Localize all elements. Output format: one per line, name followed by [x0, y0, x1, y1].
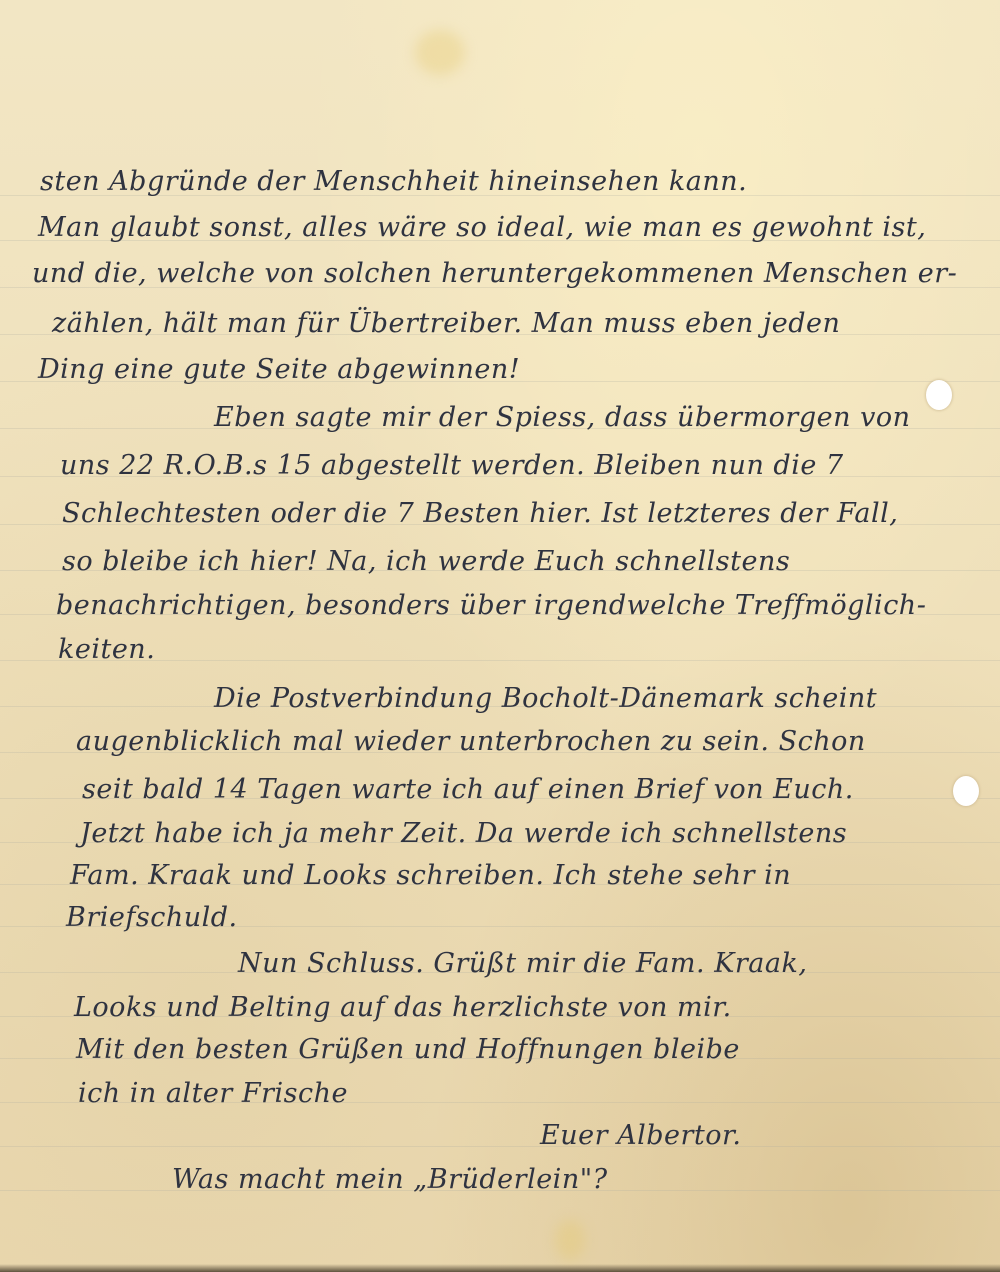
letter-line: so bleibe ich hier! Na, ich werde Euch s…: [62, 548, 790, 575]
ruled-line: [0, 1146, 1000, 1147]
letter-line: Ding eine gute Seite abgewinnen!: [38, 356, 520, 383]
letter-line: und die, welche von solchen heruntergeko…: [32, 260, 957, 287]
punch-hole: [926, 380, 952, 410]
letter-line: uns 22 R.O.B.s 15 abgestellt werden. Ble…: [60, 452, 844, 479]
letter-line: sten Abgründe der Menschheit hineinsehen…: [40, 168, 747, 195]
letter-line: zählen, hält man für Übertreiber. Man mu…: [52, 310, 840, 337]
letter-line: Fam. Kraak und Looks schreiben. Ich steh…: [70, 862, 791, 889]
letter-line: augenblicklich mal wieder unterbrochen z…: [76, 728, 866, 755]
letter-line: Nun Schluss. Grüßt mir die Fam. Kraak,: [238, 950, 807, 977]
letter-line: Eben sagte mir der Spiess, dass übermorg…: [214, 404, 910, 431]
letter-line: Schlechtesten oder die 7 Besten hier. Is…: [62, 500, 898, 527]
letter-line: Die Postverbindung Bocholt-Dänemark sche…: [214, 685, 877, 712]
paper-stain: [555, 1220, 585, 1260]
signature: Euer Albertor.: [540, 1122, 742, 1149]
letter-line: Jetzt habe ich ja mehr Zeit. Da werde ic…: [80, 820, 847, 847]
letter-line: seit bald 14 Tagen warte ich auf einen B…: [82, 776, 854, 803]
letter-line: Looks und Belting auf das herzlichste vo…: [74, 994, 732, 1021]
letter-page: sten Abgründe der Menschheit hineinsehen…: [0, 0, 1000, 1272]
paper-bottom-edge: [0, 1264, 1000, 1272]
punch-hole: [953, 776, 979, 806]
letter-line: Briefschuld.: [66, 904, 238, 931]
paper-stain: [415, 30, 465, 75]
letter-line: Man glaubt sonst, alles wäre so ideal, w…: [38, 214, 926, 241]
letter-line: Mit den besten Grüßen und Hoffnungen ble…: [76, 1036, 740, 1063]
letter-line: ich in alter Frische: [78, 1080, 348, 1107]
letter-line: benachrichtigen, besonders über irgendwe…: [56, 592, 926, 619]
letter-line: keiten.: [58, 636, 155, 663]
postscript: Was macht mein „Brüderlein"?: [172, 1166, 608, 1193]
